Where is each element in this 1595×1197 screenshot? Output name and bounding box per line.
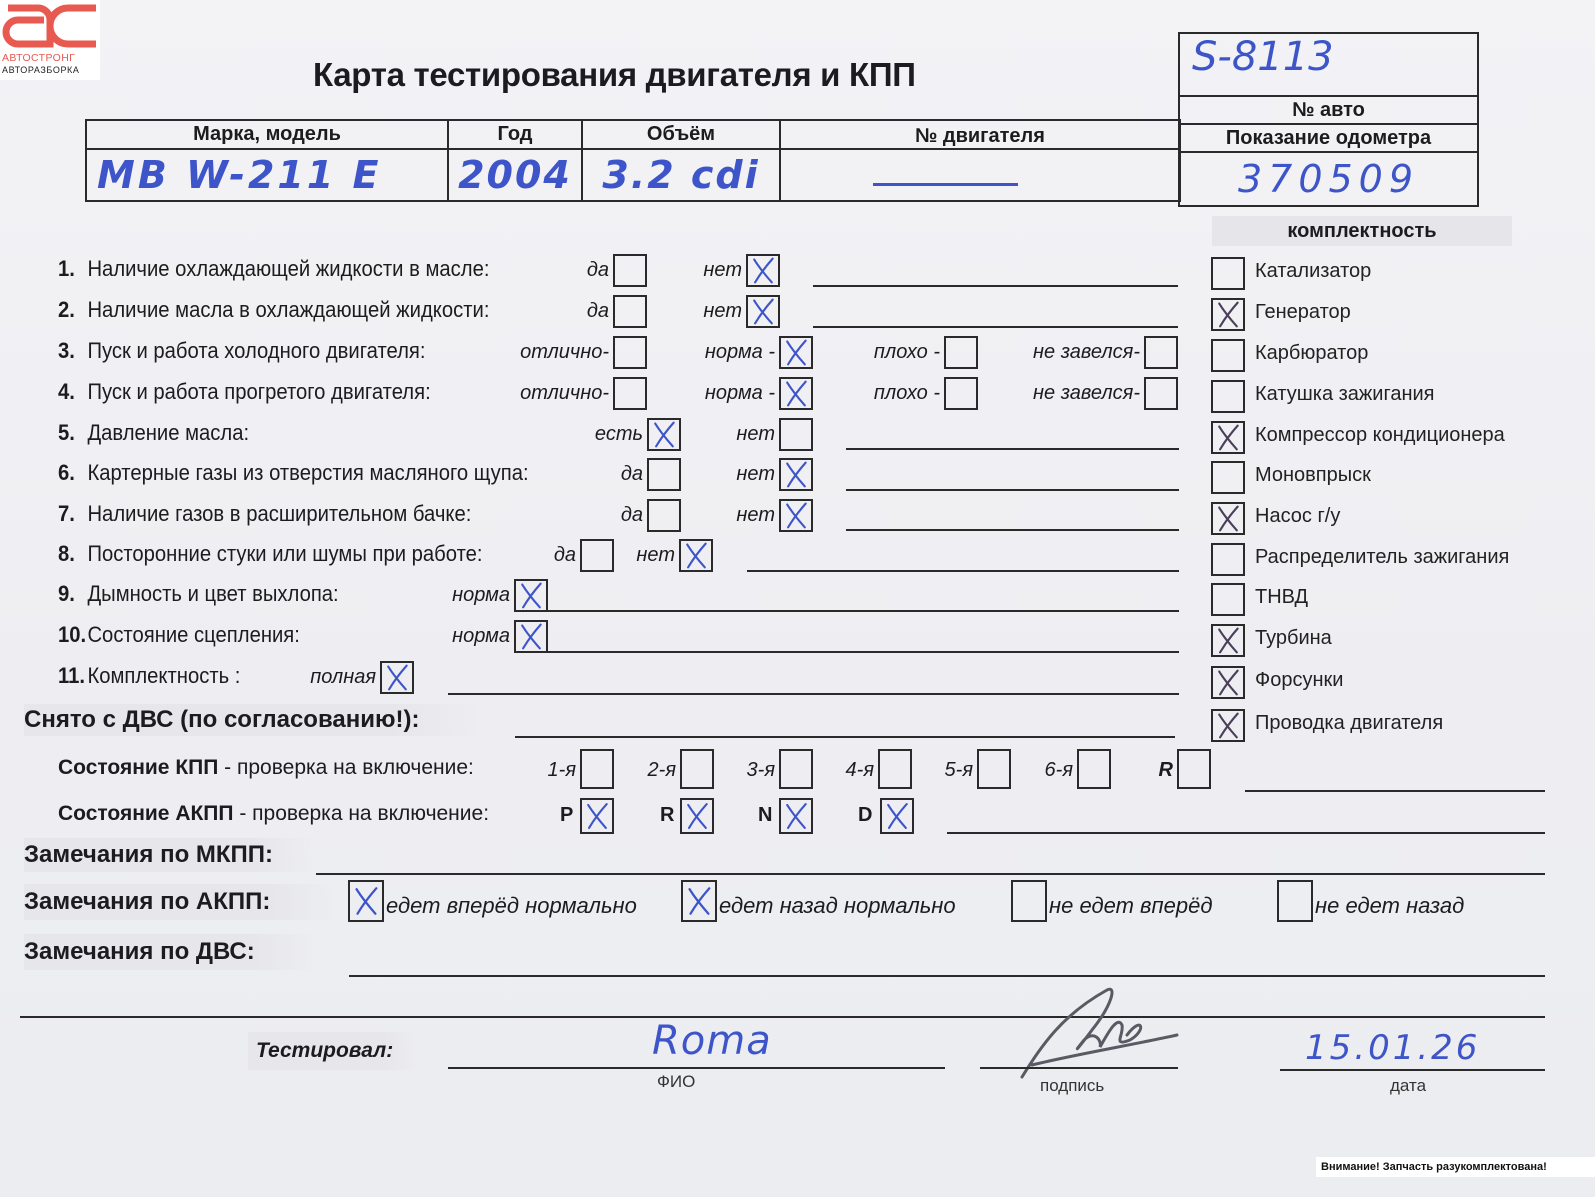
completeness-checkbox[interactable] (1211, 421, 1245, 454)
gear-label: R (660, 804, 674, 827)
option-label: норма (420, 584, 510, 607)
option-label: нет (680, 259, 742, 282)
question-number: 1. (58, 256, 87, 282)
signature-icon (1012, 985, 1182, 1085)
option-checkbox[interactable] (779, 336, 813, 369)
volume-value[interactable]: 3.2 cdi (582, 149, 780, 201)
completeness-checkbox[interactable] (1211, 461, 1245, 494)
option-checkbox[interactable] (746, 254, 780, 287)
auto-info-box: S-8113 № авто Показание одометра 370509 (1178, 32, 1479, 207)
question-row: 2.Наличие масла в охлаждающей жидкости: (58, 297, 489, 323)
question-row: 4.Пуск и работа прогретого двигателя: (58, 379, 431, 405)
answer-line[interactable] (548, 651, 1179, 653)
completeness-label: Проводка двигателя (1255, 712, 1443, 735)
completeness-heading: комплектность (1212, 216, 1512, 246)
cross-mark-icon (582, 800, 612, 832)
completeness-checkbox[interactable] (1211, 380, 1245, 413)
completeness-label: Компрессор кондиционера (1255, 424, 1505, 447)
option-checkbox[interactable] (746, 295, 780, 328)
warning-banner: Внимание! Запчасть разукомплектована! (1316, 1157, 1595, 1177)
option-checkbox[interactable] (779, 377, 813, 410)
option-label: полная (280, 666, 376, 689)
question-text: Давление масла: (87, 420, 249, 445)
completeness-label: Катушка зажигания (1255, 383, 1435, 406)
gear-label: P (560, 804, 573, 827)
gear-label: 6-я (1036, 759, 1073, 782)
auto-gearbox-label: Состояние АКПП - проверка на включение: (58, 802, 489, 826)
gear-label: R (1155, 759, 1173, 782)
tester-name[interactable]: Roma (652, 1018, 772, 1064)
cross-mark-icon (781, 501, 811, 530)
header-make-model: Марка, модель (86, 120, 448, 149)
remarks-engine-line-2[interactable] (20, 1016, 1545, 1018)
option-label: да (600, 463, 643, 486)
name-caption: ФИО (657, 1072, 695, 1092)
header-engine-no: № двигателя (780, 120, 1180, 149)
remark-label: не едет назад (1315, 893, 1464, 919)
option-label: да (530, 544, 576, 567)
completeness-checkbox[interactable] (1211, 502, 1245, 535)
gear-checkbox[interactable] (878, 749, 912, 789)
gear-label: 5-я (938, 759, 973, 782)
auto-no-label: № авто (1180, 97, 1477, 125)
logo-subtitle: АВТОРАЗБОРКА (2, 65, 80, 75)
option-label: нет (710, 504, 775, 527)
tester-name-line (448, 1067, 945, 1069)
gear-checkbox[interactable] (680, 749, 714, 789)
cross-mark-icon (781, 338, 811, 367)
answer-line[interactable] (747, 570, 1179, 572)
question-number: 3. (58, 338, 87, 364)
option-label: не завелся- (1000, 341, 1140, 364)
completeness-checkbox[interactable] (1211, 666, 1245, 699)
option-label: плохо - (860, 382, 940, 405)
completeness-label: Распределитель зажигания (1255, 546, 1509, 569)
gear-label: 2-я (640, 759, 676, 782)
question-number: 8. (58, 541, 87, 567)
gear-checkbox[interactable] (977, 749, 1011, 789)
question-text: Дымность и цвет выхлопа: (87, 581, 338, 606)
question-row: 11.Комплектность : (58, 663, 240, 689)
cross-mark-icon (781, 460, 811, 489)
option-checkbox[interactable] (1144, 336, 1178, 369)
option-label: плохо - (860, 341, 940, 364)
option-checkbox[interactable] (679, 539, 713, 572)
removed-label: Снято с ДВС (по согласованию!): (24, 704, 484, 736)
option-checkbox[interactable] (944, 336, 978, 369)
cross-mark-icon (516, 622, 546, 651)
option-checkbox[interactable] (580, 539, 614, 572)
option-checkbox[interactable] (514, 620, 548, 653)
gear-checkbox[interactable] (779, 749, 813, 789)
question-row: 6.Картерные газы из отверстия масляного … (58, 460, 529, 486)
question-row: 1.Наличие охлаждающей жидкости в масле: (58, 256, 489, 282)
cross-mark-icon (681, 541, 711, 570)
cross-mark-icon (382, 663, 412, 692)
auto-no-value[interactable]: S-8113 (1180, 34, 1477, 97)
page-title: Карта тестирования двигателя и КПП (313, 56, 916, 94)
cross-mark-icon (1213, 668, 1243, 697)
option-checkbox[interactable] (613, 254, 647, 287)
option-label: да (600, 504, 643, 527)
option-checkbox[interactable] (779, 458, 813, 491)
completeness-label: Форсунки (1255, 669, 1343, 692)
cross-mark-icon (882, 800, 912, 832)
option-checkbox[interactable] (514, 579, 548, 612)
odometer-value[interactable]: 370509 (1180, 153, 1477, 205)
option-checkbox[interactable] (647, 458, 681, 491)
question-text: Комплектность : (87, 663, 240, 688)
remark-checkbox[interactable] (1011, 880, 1047, 922)
cross-mark-icon (649, 420, 679, 449)
removed-line[interactable] (515, 736, 1175, 738)
option-label: норма - (680, 341, 775, 364)
cross-mark-icon (516, 581, 546, 610)
header-volume: Объём (582, 120, 780, 149)
completeness-checkbox[interactable] (1211, 298, 1245, 331)
answer-line[interactable] (846, 529, 1179, 531)
remark-label: не едет вперёд (1049, 893, 1213, 919)
answer-line[interactable] (448, 693, 1179, 695)
gear-label: 1-я (540, 759, 576, 782)
cross-mark-icon (350, 882, 382, 920)
manual-gearbox-line[interactable] (1245, 790, 1545, 792)
cross-mark-icon (1213, 504, 1243, 533)
question-number: 10. (58, 622, 87, 648)
question-row: 3.Пуск и работа холодного двигателя: (58, 338, 426, 364)
completeness-checkbox[interactable] (1211, 339, 1245, 372)
question-row: 10.Состояние сцепления: (58, 622, 300, 648)
tested-by-label: Тестировал: (248, 1032, 418, 1070)
question-text: Состояние сцепления: (87, 622, 299, 647)
remark-checkbox[interactable] (348, 880, 384, 922)
option-checkbox[interactable] (779, 499, 813, 532)
answer-line[interactable] (846, 448, 1179, 450)
option-checkbox[interactable] (380, 661, 414, 694)
vehicle-info-table: Марка, модель Год Объём № двигателя MB W… (85, 119, 1181, 202)
gear-label: 3-я (740, 759, 775, 782)
option-label: да (560, 300, 609, 323)
option-label: нет (680, 300, 742, 323)
question-text: Наличие газов в расширительном бачке: (87, 501, 471, 526)
option-label: норма (420, 625, 510, 648)
odometer-label: Показание одометра (1180, 125, 1477, 153)
gear-checkbox[interactable] (580, 798, 614, 834)
question-number: 2. (58, 297, 87, 323)
remarks-engine-label: Замечания по ДВС: (24, 934, 314, 970)
answer-line[interactable] (548, 610, 1179, 612)
completeness-label: Насос г/у (1255, 505, 1340, 528)
question-number: 6. (58, 460, 87, 486)
remarks-engine-line[interactable] (349, 975, 1545, 977)
option-label: отлично- (500, 382, 609, 405)
completeness-label: Моновпрыск (1255, 464, 1371, 487)
remarks-manual-label: Замечания по МКПП: (24, 838, 314, 872)
question-text: Пуск и работа холодного двигателя: (87, 338, 425, 363)
engine-no-value[interactable] (780, 149, 1180, 201)
question-number: 5. (58, 420, 87, 446)
option-label: нет (710, 463, 775, 486)
question-text: Посторонние стуки или шумы при работе: (87, 541, 482, 566)
gear-label: 4-я (838, 759, 874, 782)
cross-mark-icon (1213, 626, 1243, 655)
cross-mark-icon (683, 882, 715, 920)
option-checkbox[interactable] (647, 418, 681, 451)
option-label: есть (570, 423, 643, 446)
cross-mark-icon (1213, 423, 1243, 452)
question-number: 9. (58, 581, 87, 607)
question-row: 9.Дымность и цвет выхлопа: (58, 581, 339, 607)
gear-checkbox[interactable] (880, 798, 914, 834)
gear-label: N (758, 804, 772, 827)
question-number: 11. (58, 663, 87, 689)
remarks-auto-label: Замечания по АКПП: (24, 884, 334, 920)
completeness-checkbox[interactable] (1211, 624, 1245, 657)
option-checkbox[interactable] (647, 499, 681, 532)
make-model-value[interactable]: MB W-211 E (86, 149, 448, 201)
date-value[interactable]: 15.01.26 (1305, 1028, 1480, 1068)
completeness-checkbox[interactable] (1211, 583, 1245, 616)
question-row: 7.Наличие газов в расширительном бачке: (58, 501, 471, 527)
option-label: да (560, 259, 609, 282)
question-row: 8.Посторонние стуки или шумы при работе: (58, 541, 482, 567)
cross-mark-icon (748, 256, 778, 285)
option-checkbox[interactable] (779, 418, 813, 451)
remark-checkbox[interactable] (1277, 880, 1313, 922)
manual-gearbox-label: Состояние КПП - проверка на включение: (58, 756, 474, 780)
signature-line (980, 1067, 1178, 1069)
gear-checkbox[interactable] (580, 749, 614, 789)
question-text: Наличие масла в охлаждающей жидкости: (87, 297, 489, 322)
answer-line[interactable] (813, 326, 1178, 328)
option-label: нет (610, 544, 675, 567)
cross-mark-icon (1213, 300, 1243, 329)
option-checkbox[interactable] (613, 336, 647, 369)
gear-checkbox[interactable] (680, 798, 714, 834)
completeness-checkbox[interactable] (1211, 709, 1245, 742)
completeness-label: Катализатор (1255, 260, 1371, 283)
completeness-label: Карбюратор (1255, 342, 1368, 365)
date-caption: дата (1390, 1076, 1426, 1096)
signature-caption: подпись (1040, 1076, 1104, 1096)
completeness-label: Турбина (1255, 627, 1332, 650)
year-value[interactable]: 2004 (448, 149, 582, 201)
remark-label: едет назад нормально (719, 893, 956, 919)
date-line (1280, 1069, 1545, 1071)
option-label: не завелся- (1000, 382, 1140, 405)
question-number: 4. (58, 379, 87, 405)
completeness-label: Генератор (1255, 301, 1351, 324)
option-checkbox[interactable] (613, 377, 647, 410)
question-text: Пуск и работа прогретого двигателя: (87, 379, 430, 404)
cross-mark-icon (781, 379, 811, 408)
answer-line[interactable] (846, 489, 1179, 491)
company-logo: АВТОСТРОНГ АВТОРАЗБОРКА (0, 0, 100, 80)
gear-checkbox[interactable] (1177, 749, 1211, 789)
auto-gearbox-line[interactable] (947, 832, 1545, 834)
answer-line[interactable] (813, 285, 1178, 287)
cross-mark-icon (682, 800, 712, 832)
option-label: отлично- (500, 341, 609, 364)
question-text: Картерные газы из отверстия масляного щу… (87, 460, 528, 485)
remark-checkbox[interactable] (681, 880, 717, 922)
remark-label: едет вперёд нормально (386, 893, 637, 919)
completeness-checkbox[interactable] (1211, 257, 1245, 290)
cross-mark-icon (1213, 711, 1243, 740)
ac-logo-icon (2, 2, 98, 48)
remarks-manual-line[interactable] (316, 873, 1545, 875)
gear-checkbox[interactable] (779, 798, 813, 834)
gear-checkbox[interactable] (1077, 749, 1111, 789)
test-card-sheet: АВТОСТРОНГ АВТОРАЗБОРКА Карта тестирован… (0, 0, 1595, 1197)
option-checkbox[interactable] (1144, 377, 1178, 410)
question-row: 5.Давление масла: (58, 420, 249, 446)
completeness-label: ТНВД (1255, 586, 1308, 609)
cross-mark-icon (781, 800, 811, 832)
option-checkbox[interactable] (944, 377, 978, 410)
question-number: 7. (58, 501, 87, 527)
option-checkbox[interactable] (613, 295, 647, 328)
question-text: Наличие охлаждающей жидкости в масле: (87, 256, 489, 281)
option-label: норма - (680, 382, 775, 405)
logo-brand: АВТОСТРОНГ (2, 52, 75, 64)
cross-mark-icon (748, 297, 778, 326)
completeness-checkbox[interactable] (1211, 543, 1245, 576)
gear-label: D (858, 804, 872, 827)
option-label: нет (710, 423, 775, 446)
header-year: Год (448, 120, 582, 149)
